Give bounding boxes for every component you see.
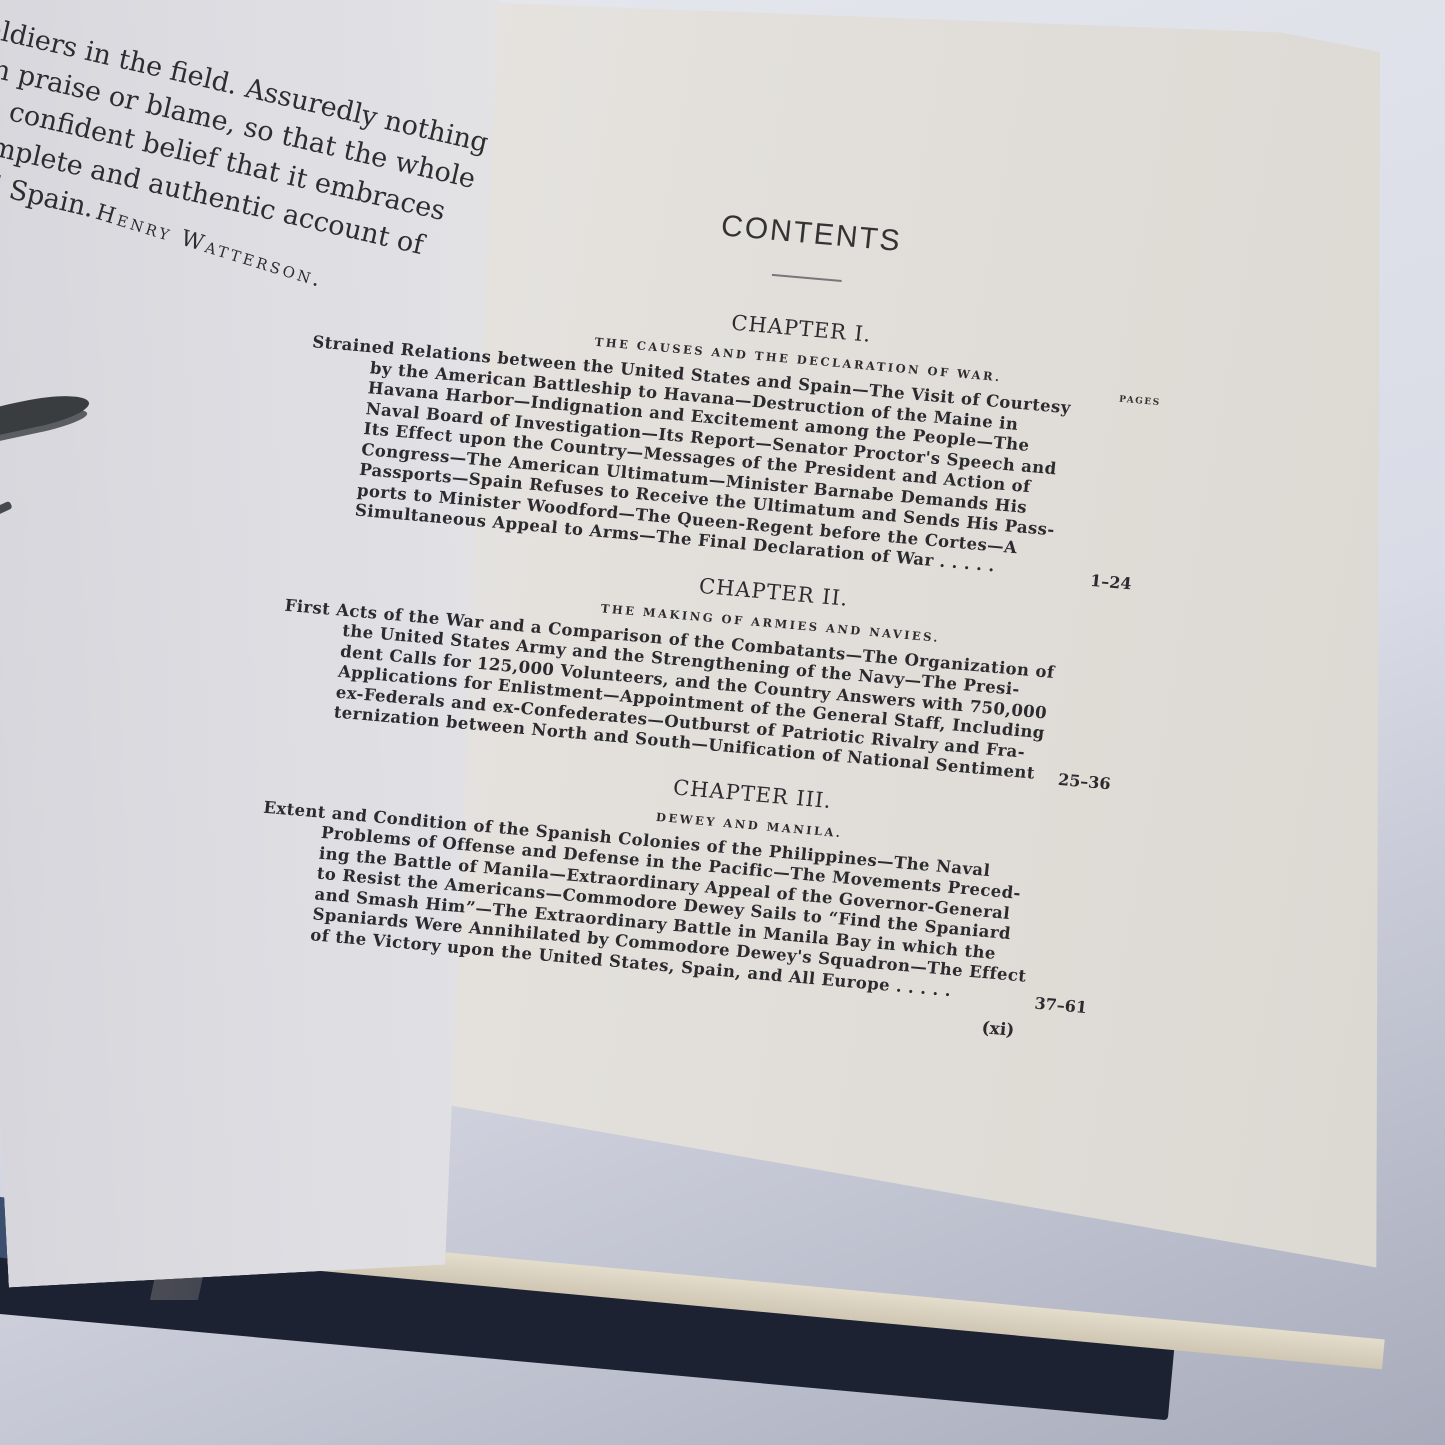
chapter-entry: CHAPTER I. THE CAUSES AND THE DECLARATIO… (294, 274, 1196, 592)
title-rule (772, 274, 842, 282)
page-range: 37–61 (1034, 994, 1088, 1017)
contents-page: CONTENTS CHAPTER I. THE CAUSES AND THE D… (248, 175, 1207, 1031)
page-folio: (xi) (981, 1018, 1016, 1041)
page-range: 25–36 (1057, 769, 1111, 792)
page-range: 1–24 (1089, 570, 1132, 593)
